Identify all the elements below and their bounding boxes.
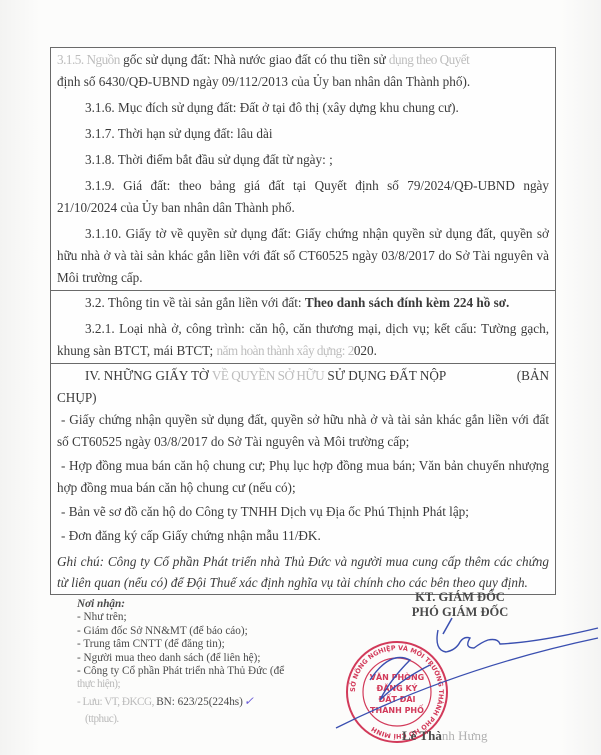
receiver-item-faded: thực hiện); (77, 678, 317, 691)
document-bullet: - Giấy chứng nhận quyền sử dụng đất, quy… (57, 409, 549, 453)
receiver-item: - Công ty Cổ phần Phát triển nhà Thủ Đức… (77, 665, 317, 678)
receivers-title: Nơi nhận: (77, 598, 317, 611)
note: Ghi chú: Công ty Cổ phần Phát triển nhà … (57, 551, 549, 593)
section-3-2: 3.2. Thông tin về tài sản gắn liền với đ… (51, 291, 555, 364)
check-mark-icon: ✓ (244, 694, 254, 708)
document-bullet: - Đơn đăng ký cấp Giấy chứng nhận mẫu 11… (57, 525, 549, 547)
document-bullet: - Bản vẽ sơ đồ căn hộ do Công ty TNHH Dị… (57, 501, 549, 523)
signature-block: KT. GIÁM ĐỐC PHÓ GIÁM ĐỐC (395, 590, 525, 620)
signer-name: Lê Thành Hưng (402, 728, 488, 744)
receiver-item: - Trung tâm CNTT (để đăng tin); (77, 638, 317, 651)
item-3-2-1: 3.2.1. Loại nhà ở, công trình: căn hộ, c… (57, 318, 549, 362)
section-3-1: 3.1.5. Nguồn gốc sử dụng đất: Nhà nước g… (51, 48, 555, 291)
attached-list-count: Theo danh sách đính kèm 224 hồ sơ. (305, 295, 509, 310)
archive-reference-faded: (ttphuc). (77, 713, 317, 726)
signature-title-line2: PHÓ GIÁM ĐỐC (395, 605, 525, 620)
svg-text:VĂN PHÒNG: VĂN PHÒNG (370, 671, 424, 682)
item-3-1-7: 3.1.7. Thời hạn sử dụng đất: lâu dài (57, 123, 549, 145)
svg-text:ĐĂNG KÝ: ĐĂNG KÝ (377, 682, 418, 693)
svg-text:ĐẤT ĐAI: ĐẤT ĐAI (378, 692, 415, 704)
faded-text: 3.1.5. Nguồn (57, 52, 120, 67)
item-3-2: 3.2. Thông tin về tài sản gắn liền với đ… (57, 292, 549, 314)
item-3-1-9: 3.1.9. Giá đất: theo bảng giá đất tại Qu… (57, 175, 549, 219)
document-table: 3.1.5. Nguồn gốc sử dụng đất: Nhà nước g… (50, 47, 556, 595)
archive-reference: - Lưu: VT, ĐKCG, BN: 623/25(224hs)✓ (77, 695, 317, 709)
signature-title-line1: KT. GIÁM ĐỐC (395, 590, 525, 605)
item-3-1-10: 3.1.10. Giấy tờ về quyền sử dụng đất: Gi… (57, 223, 549, 289)
section-iv-heading: IV. NHỮNG GIẤY TỜ VỀ QUYỀN SỞ HỮU SỬ DỤN… (57, 365, 549, 387)
item-3-1-5-line2: định số 6430/QĐ-UBND ngày 09/112/2013 củ… (57, 71, 549, 93)
section-iv: IV. NHỮNG GIẤY TỜ VỀ QUYỀN SỞ HỮU SỬ DỤN… (51, 364, 555, 594)
receivers-list: Nơi nhận: - Như trên; - Giám đốc Sở NN&M… (77, 598, 317, 727)
item-3-1-6: 3.1.6. Mục đích sử dụng đất: Đất ở tại đ… (57, 97, 549, 119)
section-iv-heading-line2: CHỤP) (57, 387, 549, 409)
receiver-item: - Như trên; (77, 611, 317, 624)
document-bullet: - Hợp đồng mua bán căn hộ chung cư; Phụ … (57, 455, 549, 499)
receiver-item: - Người mua theo danh sách (để liên hệ); (77, 652, 317, 665)
receiver-item: - Giám đốc Sở NN&MT (để báo cáo); (77, 625, 317, 638)
item-3-1-5: 3.1.5. Nguồn gốc sử dụng đất: Nhà nước g… (57, 49, 549, 71)
item-3-1-8: 3.1.8. Thời điểm bắt đầu sử dụng đất từ … (57, 149, 549, 171)
svg-text:THÀNH PHỐ: THÀNH PHỐ (370, 703, 424, 715)
